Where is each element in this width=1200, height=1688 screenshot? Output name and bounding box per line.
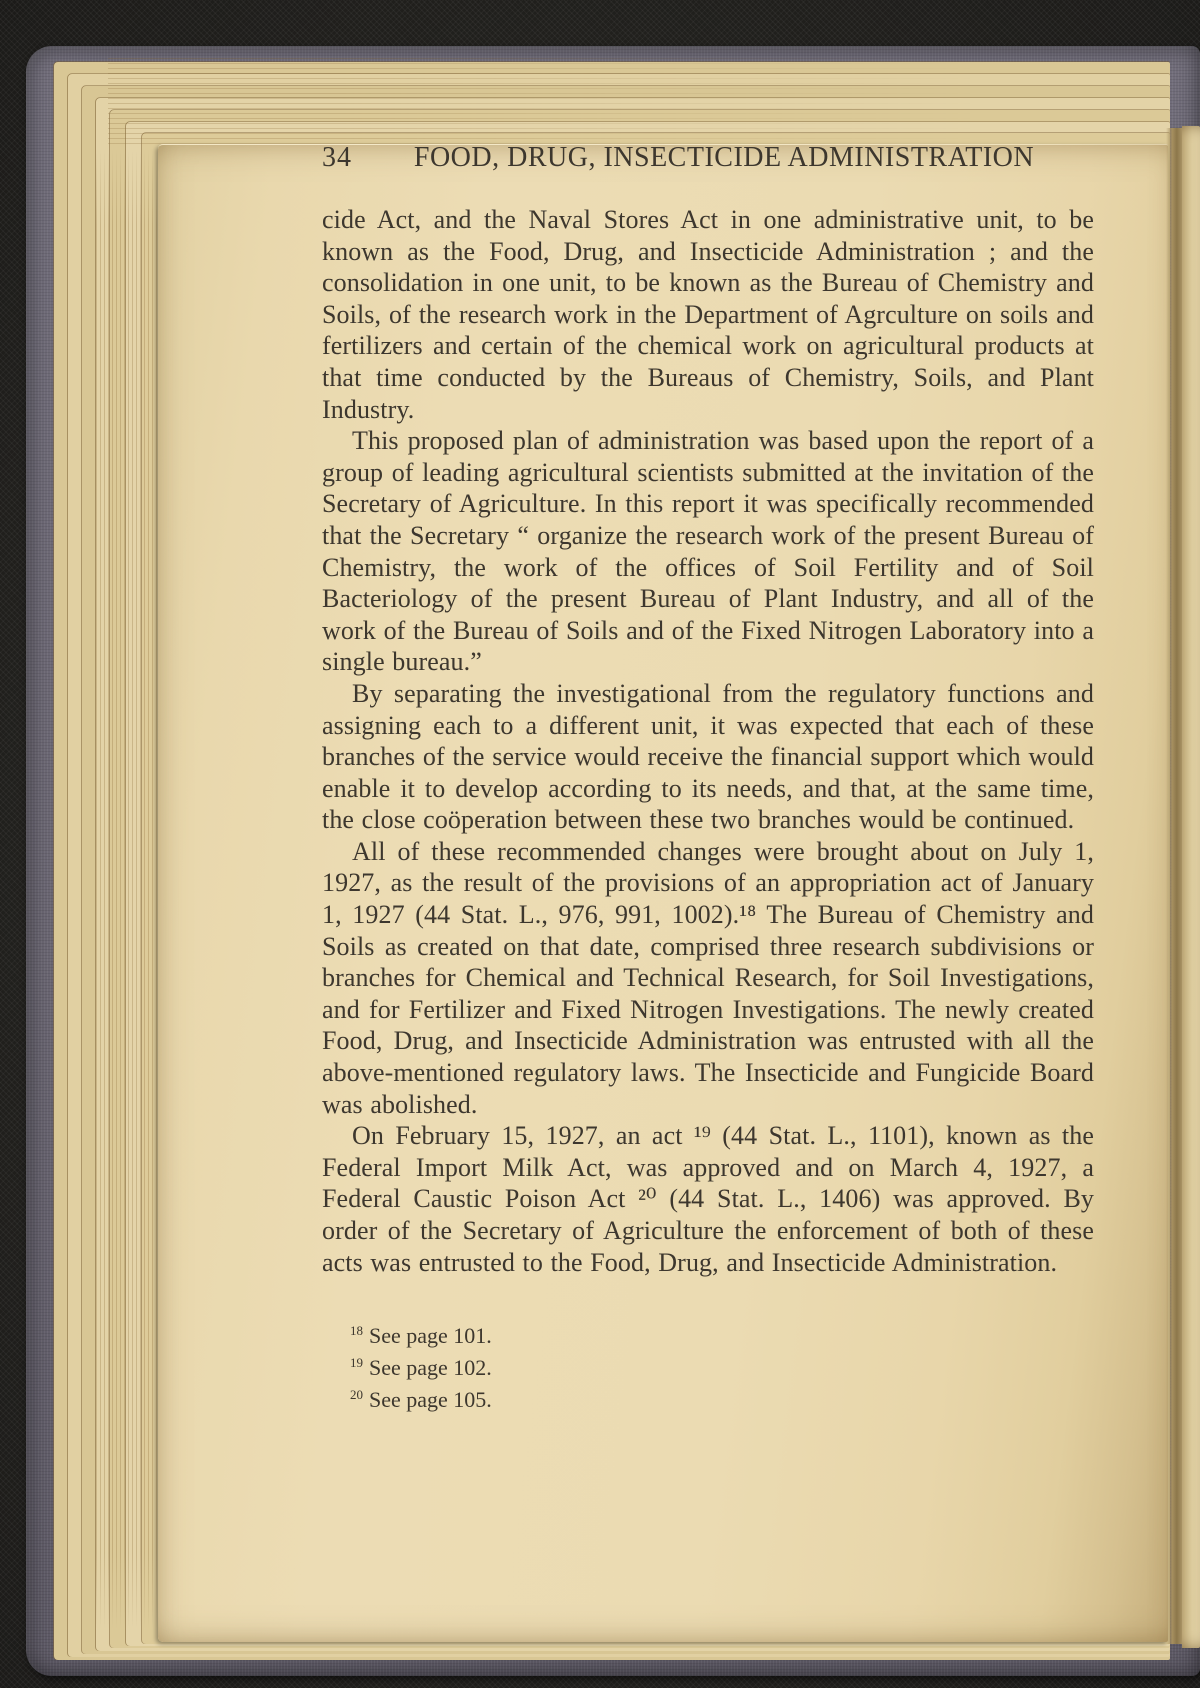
footnote: 20See page 105. — [350, 1384, 1094, 1416]
page-edges-left — [96, 150, 160, 1628]
footnote-text: See page 101. — [369, 1323, 492, 1348]
page-number: 34 — [322, 142, 380, 174]
body-text: cide Act, and the Naval Stores Act in on… — [322, 204, 1094, 1278]
footnote-marker: 18 — [350, 1323, 363, 1338]
paragraph: On February 15, 1927, an act ¹⁹ (44 Stat… — [322, 1120, 1094, 1278]
paragraph: By separating the investigational from t… — [322, 678, 1094, 836]
adjacent-page — [1182, 126, 1200, 1648]
paragraph: cide Act, and the Naval Stores Act in on… — [322, 204, 1094, 425]
footnote: 18See page 101. — [350, 1320, 1094, 1352]
running-head: 34 FOOD, DRUG, INSECTICIDE ADMINISTRATIO… — [322, 142, 1094, 174]
footnote-text: See page 105. — [369, 1387, 492, 1412]
page-edges-top — [108, 58, 1050, 144]
footnote-marker: 19 — [350, 1355, 363, 1370]
page-title: FOOD, DRUG, INSECTICIDE ADMINISTRATION — [380, 142, 1094, 174]
printed-text-block: 34 FOOD, DRUG, INSECTICIDE ADMINISTRATIO… — [322, 142, 1094, 1416]
footnote: 19See page 102. — [350, 1352, 1094, 1384]
paragraph: All of these recommended changes were br… — [322, 836, 1094, 1120]
paragraph: This proposed plan of administration was… — [322, 425, 1094, 678]
footnotes: 18See page 101. 19See page 102. 20See pa… — [322, 1320, 1094, 1416]
footnote-text: See page 102. — [369, 1355, 492, 1380]
footnote-marker: 20 — [350, 1387, 363, 1402]
